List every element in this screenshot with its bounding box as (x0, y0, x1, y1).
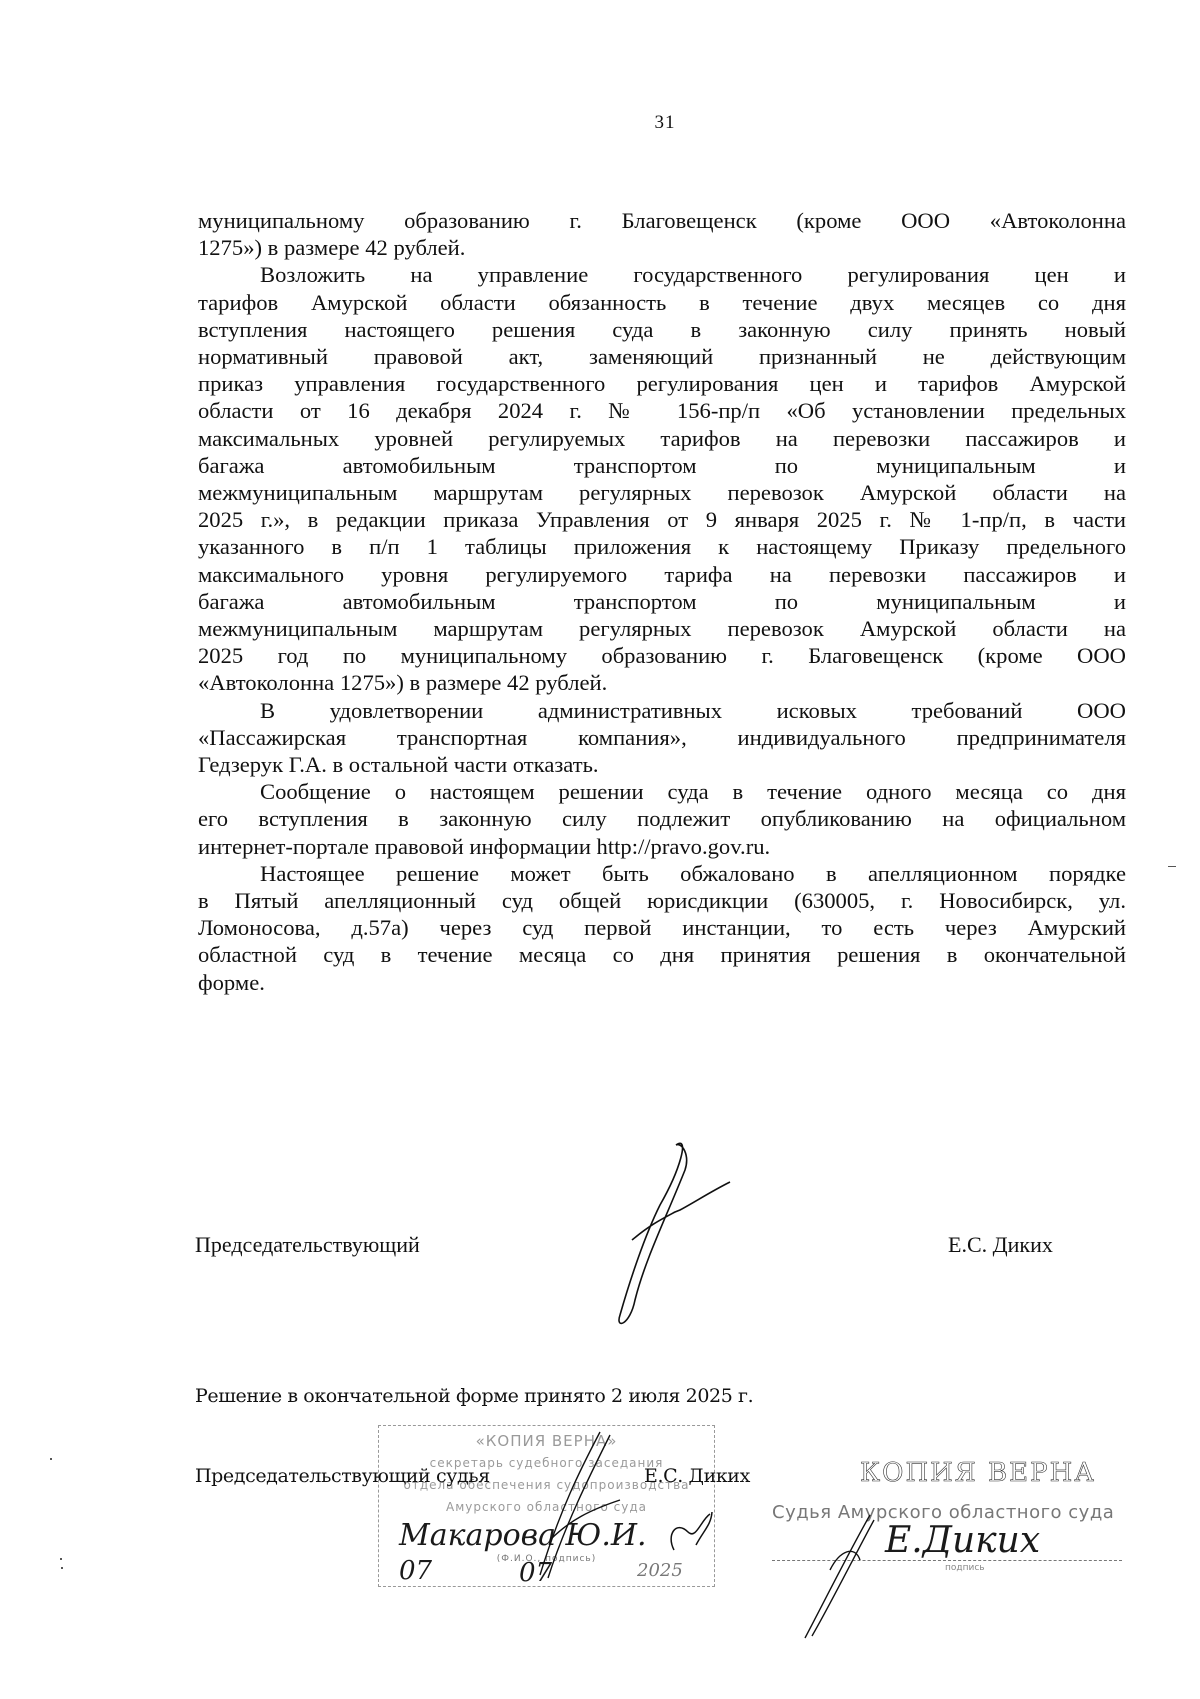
page-number: 31 (0, 112, 1200, 134)
text-line: Ломоносова, д.57а) через суд первой инст… (198, 914, 1126, 941)
paragraph-obligation: Возложить на управление государственного… (198, 261, 1126, 696)
text-line: Сообщение о настоящем решении суда в теч… (198, 778, 1126, 805)
signature-name: Е.С. Диких (948, 1232, 1053, 1258)
text-line: нормативный правовой акт, заменяющий при… (198, 343, 1126, 370)
text-line: багажа автомобильным транспортом по муни… (198, 452, 1126, 479)
document-body: муниципальному образованию г. Благовещен… (198, 207, 1126, 996)
text-line: приказ управления государственного регул… (198, 370, 1126, 397)
copy-signature-icon (520, 1430, 640, 1580)
signature-label: Председательствующий (195, 1232, 420, 1258)
text-line: Гедзерук Г.А. в остальной части отказать… (198, 751, 1126, 778)
paragraph-refusal: В удовлетворении административных исковы… (198, 697, 1126, 779)
text-line: в Пятый апелляционный суд общей юрисдикц… (198, 887, 1126, 914)
text-line: максимальных уровней регулируемых тарифо… (198, 425, 1126, 452)
paragraph-continuation: муниципальному образованию г. Благовещен… (198, 207, 1126, 261)
text-line: вступления настоящего решения суда в зак… (198, 316, 1126, 343)
publication-url-line: интернет-портале правовой информации htt… (198, 833, 1126, 860)
text-line: максимального уровня регулируемого тариф… (198, 561, 1126, 588)
right-stamp-caption: подпись (945, 1563, 985, 1573)
text-line: Настоящее решение может быть обжаловано … (198, 860, 1126, 887)
right-stamp-title: КОПИЯ ВЕРНА (860, 1458, 1096, 1488)
right-stamp-signature-icon (800, 1510, 880, 1640)
text-line: областной суд в течение месяца со дня пр… (198, 941, 1126, 968)
text-line: багажа автомобильным транспортом по муни… (198, 588, 1126, 615)
text-line: межмуниципальным маршрутам регулярных пе… (198, 615, 1126, 642)
copy-signature-label: Председательствующий судья (195, 1465, 490, 1487)
text-line: области от 16 декабря 2024 г. № 156-пр/п… (198, 397, 1126, 424)
judge-signature-icon (620, 1140, 780, 1340)
initials-signature-icon (666, 1510, 716, 1560)
text-line: Возложить на управление государственного… (198, 261, 1126, 288)
scan-speck (61, 1567, 63, 1569)
stamp-date-year: 2025 (637, 1560, 683, 1581)
text-line: его вступления в законную силу подлежит … (198, 805, 1126, 832)
text-line: 2025 г.», в редакции приказа Управления … (198, 506, 1126, 533)
stamp-date-day: 07 (399, 1556, 432, 1586)
paragraph-publication: Сообщение о настоящем решении суда в теч… (198, 778, 1126, 860)
scan-speck (1168, 866, 1176, 867)
final-decision-date-note: Решение в окончательной форме принято 2 … (195, 1385, 753, 1407)
text-line: 2025 год по муниципальному образованию г… (198, 642, 1126, 669)
text-line: тарифов Амурской области обязанность в т… (198, 289, 1126, 316)
text-line: муниципальному образованию г. Благовещен… (198, 207, 1126, 234)
text-line: «Автоколонна 1275») в размере 42 рублей. (198, 669, 1126, 696)
text-line: В удовлетворении административных исковы… (198, 697, 1126, 724)
paragraph-appeal: Настоящее решение может быть обжаловано … (198, 860, 1126, 996)
copy-signature-name: Е.С. Диких (644, 1465, 750, 1487)
scan-speck (60, 1558, 62, 1560)
right-stamp-handwritten-signature: Е.Диких (885, 1520, 1040, 1561)
text-line: межмуниципальным маршрутам регулярных пе… (198, 479, 1126, 506)
text-line: «Пассажирская транспортная компания», ин… (198, 724, 1126, 751)
text-line: форме. (198, 969, 1126, 996)
text-line: указанного в п/п 1 таблицы приложения к … (198, 533, 1126, 560)
scan-speck (50, 1458, 52, 1460)
text-line: 1275») в размере 42 рублей. (198, 234, 1126, 261)
